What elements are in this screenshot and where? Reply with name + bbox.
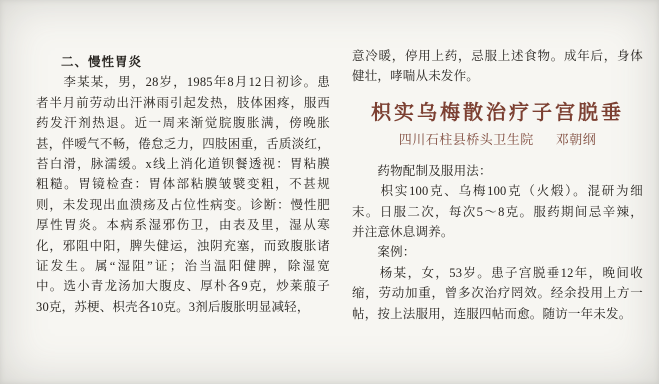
text-line: 案例： bbox=[352, 242, 643, 262]
text-line: 李某某，男，28岁，1985年8月12日初诊。患 bbox=[36, 72, 330, 92]
text-line: 化，邪阻中阳，脾失健运，浊阴充塞，而致腹胀诸 bbox=[36, 236, 330, 256]
text-line: 证发生。属“湿阻”证；治当温阳健脾，除湿宽 bbox=[36, 256, 330, 276]
article-byline: 四川石柱县桥头卫生院邓朝纲 bbox=[352, 130, 643, 149]
text-line: 缩，劳动加重，曾多次治疗罔效。经余投用上方一 bbox=[352, 283, 643, 303]
text-line: 粗糙。胃镜检查：胃体部粘膜皱襞变粗，不甚规 bbox=[36, 174, 330, 194]
scanned-book-page: 二、慢性胃炎 李某某，男，28岁，1985年8月12日初诊。患者半月前劳动出汗淋… bbox=[0, 0, 659, 384]
left-text-column: 二、慢性胃炎 李某某，男，28岁，1985年8月12日初诊。患者半月前劳动出汗淋… bbox=[36, 52, 330, 317]
article-title: 枳实乌梅散治疗子宫脱垂 bbox=[352, 100, 643, 127]
text-line: 帖，按上法服用，连服四帖而愈。随访一年未发。 bbox=[352, 304, 643, 324]
text-line: 意冷暖，停用上药，忌服上述食物。成年后，身体 bbox=[352, 46, 643, 66]
text-line: 枳实100克、乌梅100克（火煅）。混研为细 bbox=[352, 181, 643, 201]
text-line: 并注意休息调养。 bbox=[352, 222, 643, 242]
byline-organization: 四川石柱县桥头卫生院 bbox=[399, 132, 534, 147]
text-line: 厚性胃炎。本病系湿邪伤卫，由表及里，湿从寒 bbox=[36, 215, 330, 235]
text-line: 末。日服二次，每次5～8克。服药期间忌辛辣， bbox=[352, 202, 643, 222]
section-heading-chronic-gastritis: 二、慢性胃炎 bbox=[36, 52, 330, 72]
text-line: 药发汗剂热退。近一周来渐觉脘腹胀满，傍晚胀 bbox=[36, 113, 330, 133]
text-line: 者半月前劳动出汗淋雨引起发热，肢体困疼，服西 bbox=[36, 93, 330, 113]
article-body: 药物配制及服用法： 枳实100克、乌梅100克（火煅）。混研为细末。日服二次，每… bbox=[352, 161, 643, 324]
right-text-column: 意冷暖，停用上药，忌服上述食物。成年后，身体健壮，哮喘从未发作。 枳实乌梅散治疗… bbox=[352, 46, 643, 324]
left-column-body: 李某某，男，28岁，1985年8月12日初诊。患者半月前劳动出汗淋雨引起发热，肢… bbox=[36, 72, 330, 317]
text-line: 中。选小青龙汤加大腹皮、厚朴各9克，炒莱菔子 bbox=[36, 276, 330, 296]
text-line: 杨某，女，53岁。患子宫脱垂12年，晚间收 bbox=[352, 263, 643, 283]
text-line: 健壮，哮喘从未发作。 bbox=[352, 66, 643, 86]
text-line: 甚，伴嗳气不畅，倦怠乏力，四肢困重，舌质淡红， bbox=[36, 134, 330, 154]
byline-author: 邓朝纲 bbox=[556, 132, 597, 147]
text-line: 苔白滑，脉濡缓。x线上消化道钡餐透视：胃粘膜 bbox=[36, 154, 330, 174]
text-line: 则，未发现出血溃疡及占位性病变。诊断：慢性肥 bbox=[36, 195, 330, 215]
text-line: 药物配制及服用法： bbox=[352, 161, 643, 181]
previous-article-ending: 意冷暖，停用上药，忌服上述食物。成年后，身体健壮，哮喘从未发作。 bbox=[352, 46, 643, 87]
text-line: 30克，苏梗、枳壳各10克。3剂后腹胀明显减轻， bbox=[36, 297, 330, 317]
